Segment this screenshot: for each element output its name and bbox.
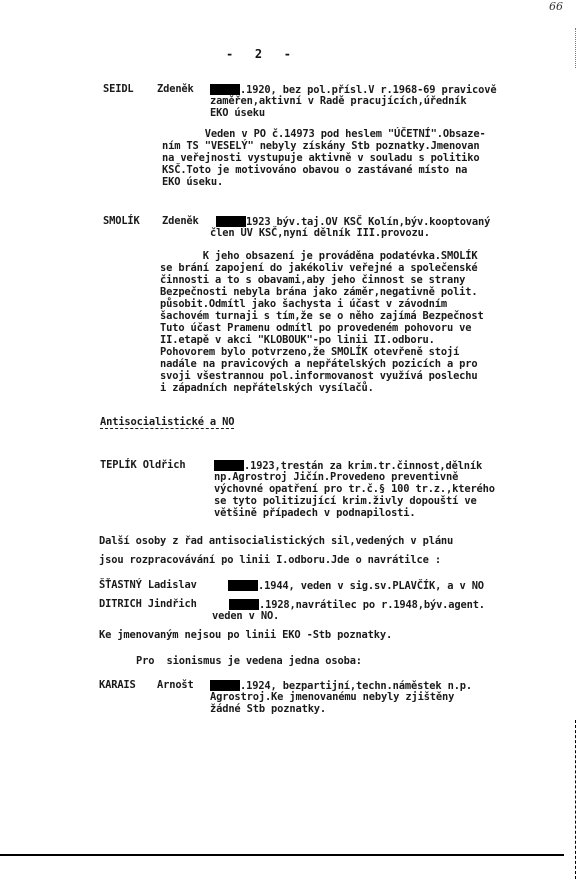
paragraph-line: K jeho obsazení je prováděna podatévka.S…	[160, 251, 478, 262]
section-heading: Antisocialistické a NO	[100, 417, 234, 428]
surname: KARAIS	[99, 680, 136, 691]
first-name: Arnošt	[157, 680, 194, 691]
entry-line: np.Agrostroj Jičín.Provedeno preventivně	[214, 472, 458, 483]
redaction-box	[229, 599, 259, 610]
entry-line: člen ÚV KSČ,nyní dělník III.provozu.	[210, 228, 430, 239]
paragraph-line: ním TS "VESELÝ" nebyly získány Stb pozna…	[162, 141, 480, 152]
redaction-box	[210, 84, 240, 95]
paragraph-line: Pro sionismus je vedena jedna osoba:	[136, 656, 362, 667]
entry-line: žádné Stb poznatky.	[210, 704, 326, 715]
entry-line: Agrostroj.Ke jmenovanému nebyly zjištěny	[210, 692, 454, 703]
full-name: ŠŤASTNÝ Ladislav	[99, 580, 197, 591]
entry-text: .1928,navrátilec po r.1948,býv.agent.	[259, 599, 485, 611]
paragraph-line: Bezpečnosti nebyla brána jako záměr,nega…	[160, 287, 478, 298]
entry-line: EKO úseku	[210, 108, 265, 119]
scan-edge-line	[0, 854, 564, 856]
full-name: DITRICH Jindřich	[99, 599, 197, 610]
paragraph-line: nadále na pravicových a nepřátelských po…	[160, 359, 478, 370]
paragraph-line: KSČ.Toto je motivováno obavou o zastávan…	[162, 165, 467, 176]
surname: SMOLÍK	[103, 216, 140, 227]
paragraph-line: působit.Odmítl jako šachysta i účast v z…	[160, 299, 447, 310]
edge-scan-marks	[575, 28, 576, 68]
first-name: Zdeněk	[162, 216, 199, 227]
entry-line: zaměřen,aktivní v Radě pracujících,úředn…	[210, 96, 466, 107]
entry-text: .1944, veden v sig.sv.PLAVČÍK, a v NO	[258, 580, 484, 592]
redaction-box	[228, 580, 258, 591]
entry-line: většině případech v podnapilosti.	[214, 508, 416, 519]
surname: SEIDL	[103, 84, 134, 95]
paragraph-line: jsou rozpracovávání po linii I.odboru.Jd…	[99, 555, 441, 566]
entry-line: .1944, veden v sig.sv.PLAVČÍK, a v NO	[228, 580, 484, 592]
redaction-box	[210, 680, 240, 691]
paragraph-line: Tuto účast Pramenu odmítl po provedeném …	[160, 323, 471, 334]
paragraph-line: Veden v PO č.14973 pod heslem "ÚČETNÍ".O…	[162, 129, 486, 140]
paragraph-line: na veřejnosti vystupuje aktivně v soulad…	[162, 153, 480, 164]
redaction-box	[214, 460, 244, 471]
paragraph-line: EKO úseku.	[162, 177, 223, 188]
paragraph-line: se brání zapojení do jakékoliv veřejné a…	[160, 263, 478, 274]
entry-line: výchovné opatření pro tr.č.§ 100 tr.z.,k…	[214, 484, 495, 495]
paragraph-line: šachovém turnaji s tím,že se o něho zají…	[160, 311, 484, 322]
paragraph-line: II.etapě v akci "KLOBOUK"-po linii II.od…	[160, 335, 435, 346]
paragraph-line: Pohovorem bylo potvrzeno,že SMOLÍK otevř…	[160, 347, 459, 358]
paragraph-line: Další osoby z řad antisocialistických si…	[99, 536, 453, 547]
paragraph-line: Ke jmenovaným nejsou po linii EKO -Stb p…	[99, 630, 392, 641]
first-name: Zdeněk	[157, 84, 194, 95]
paragraph-line: činnosti a to s obavami,aby jeho činnost…	[160, 275, 465, 286]
handwritten-folio-number: 66	[549, 0, 563, 13]
entry-line: veden v NO.	[212, 611, 279, 622]
paragraph-line: svoji všestrannou pol.informovanost využ…	[160, 371, 478, 382]
redaction-box	[216, 216, 246, 227]
page-number: - 2 -	[226, 47, 291, 61]
paragraph-line: i západních nepřátelských vysílačů.	[160, 383, 374, 394]
full-name: TEPLÍK Oldřich	[100, 460, 185, 471]
scan-edge-line-vertical	[575, 720, 576, 879]
entry-line: se tyto politizující krim.živly dopouští…	[214, 496, 477, 507]
